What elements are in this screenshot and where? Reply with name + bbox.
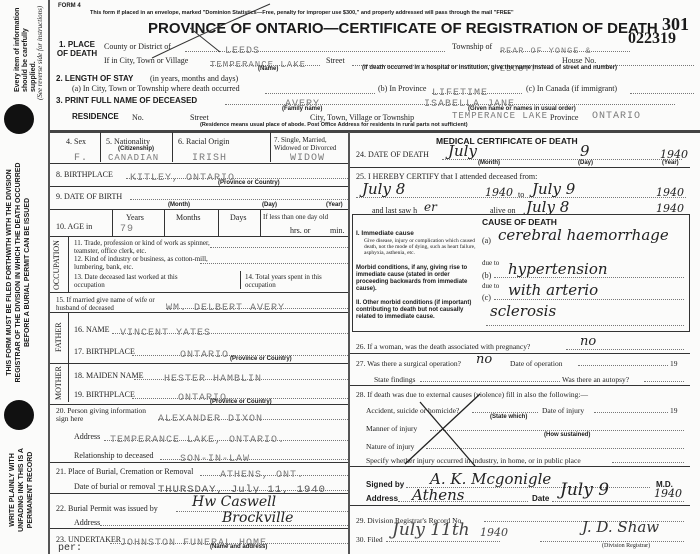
- age-years-value: 79: [120, 224, 134, 235]
- mother-side-label: MOTHER: [54, 366, 63, 400]
- immediate-cause-desc: Give disease, injury or complication whi…: [364, 238, 480, 256]
- due-to-1-label: due to: [482, 259, 499, 267]
- signed-by-label: Signed by: [366, 480, 404, 489]
- length-of-stay-label: 2. LENGTH OF STAY: [56, 74, 133, 83]
- physician-address: Athens: [412, 486, 465, 504]
- cause-b-label: (b): [482, 271, 491, 280]
- mother-birthplace-label: 19. BIRTHPLACE: [74, 390, 135, 399]
- dod-month-caption: (Month): [478, 160, 500, 166]
- cause-c-label: (c): [482, 293, 491, 302]
- burial-permit-address: Brockville: [222, 510, 293, 526]
- township-label: Township of: [452, 42, 492, 51]
- margin-see-reverse: (See reverse side for instructions): [36, 6, 44, 100]
- age-less-than-day-header: If less than one day old: [263, 213, 328, 221]
- father-birthplace-value: ONTARIO.: [180, 350, 236, 361]
- father-name-value: VINCENT YATES: [120, 328, 211, 339]
- filed-label: 30. Filed: [356, 535, 383, 544]
- burial-date-label: Date of burial or removal: [74, 482, 155, 491]
- informant-name: ALEXANDER DIXON: [158, 414, 263, 425]
- dob-label: 9. DATE OF BIRTH: [56, 192, 122, 201]
- other-conditions-label: II. Other morbid conditions (if importan…: [356, 300, 476, 321]
- injury-date-label: Date of injury: [542, 406, 584, 415]
- hospital-note: (If death occurred in a hospital or inst…: [362, 65, 617, 71]
- autopsy-label: Was there an autopsy?: [562, 375, 629, 384]
- dob-day-caption: (Day): [262, 202, 277, 208]
- age-min-label: min.: [330, 226, 344, 235]
- father-side-label: FATHER: [54, 322, 63, 352]
- cause-a-value: cerebral haemorrhage: [498, 226, 669, 244]
- pregnancy-label: 26. If a woman, was the death associated…: [356, 342, 530, 351]
- attended-to-label: to: [518, 190, 524, 199]
- length-of-stay-sub: (in years, months and days): [150, 74, 238, 83]
- operation-year-prefix: 19: [670, 359, 678, 368]
- cause-c-value: with arterio: [508, 281, 598, 299]
- filed-date: July 11th: [392, 520, 470, 540]
- age-hrs-label: hrs. or: [290, 226, 310, 235]
- residence-province-label: Province: [550, 113, 578, 122]
- birthplace-label: 8. BIRTHPLACE: [56, 170, 113, 179]
- residence-label: RESIDENCE: [72, 112, 119, 121]
- stay-canada-label: (c) In Canada (if immigrant): [526, 84, 617, 93]
- surgery-label: 27. Was there a surgical operation?: [356, 359, 461, 368]
- margin-write-plainly: WRITE PLAINLY WITH UNFADING INK THIS IS …: [8, 440, 35, 540]
- death-certificate-page: Every item of information should be care…: [0, 0, 700, 554]
- immediate-cause-label: I. Immediate cause: [356, 230, 476, 237]
- deceased-name-label: 3. PRINT FULL NAME OF DECEASED: [56, 96, 197, 105]
- mother-maiden-value: HESTER HAMBLIN: [164, 374, 262, 385]
- dob-month-caption: (Month): [168, 202, 190, 208]
- dob-year-caption: (Year): [326, 202, 343, 208]
- date-of-death-label: 24. DATE OF DEATH: [356, 150, 429, 159]
- injury-year-prefix: 19: [670, 406, 678, 415]
- date-of-death-month: July: [448, 142, 477, 160]
- last-saw-pronoun: er: [424, 200, 437, 214]
- morbid-conditions-label: Morbid conditions, if any, giving rise t…: [356, 265, 476, 293]
- pen-stroke-top: [150, 0, 380, 60]
- punch-hole-top: [4, 104, 34, 134]
- last-worked-label: 13. Date deceased last worked at this oc…: [74, 273, 194, 289]
- relationship-label: Relationship to deceased: [74, 451, 154, 460]
- age-months-header: Months: [176, 213, 200, 222]
- other-conditions-value: sclerosis: [490, 302, 556, 320]
- informant-address: TEMPERANCE LAKE, ONTARIO.: [110, 435, 285, 446]
- margin-every-item: Every item of information should be care…: [14, 2, 38, 92]
- due-to-2-label: due to: [482, 282, 499, 290]
- burial-permit-signature: Hw Caswell: [192, 494, 276, 510]
- operation-date-label: Date of operation: [510, 359, 562, 368]
- family-name-caption: (Family name): [282, 106, 322, 112]
- residence-note: (Residence means usual place of abode. P…: [200, 122, 468, 128]
- age-years-header: Years: [126, 213, 144, 222]
- how-sustained-caption: (How sustained): [544, 432, 590, 438]
- burial-permit-address-label: Address: [74, 518, 100, 527]
- pregnancy-value: no: [580, 334, 596, 349]
- nationality-sub: (Citizenship): [118, 146, 154, 152]
- surgery-value: no: [476, 352, 492, 367]
- attended-from-year: 1940: [485, 186, 513, 199]
- father-birthplace-label: 17. BIRTHPLACE: [74, 347, 135, 356]
- punch-hole-bottom: [4, 400, 34, 430]
- informant-address-label: Address: [74, 432, 100, 441]
- spouse-label: 15. If married give name of wife or husb…: [56, 296, 176, 312]
- residence-no-label: No.: [132, 113, 144, 122]
- dod-day-caption: (Day): [578, 160, 593, 166]
- cause-a-label: (a): [482, 236, 491, 245]
- attended-to-year: 1940: [656, 186, 684, 199]
- filed-year: 1940: [480, 526, 508, 539]
- physician-date-label: Date: [532, 494, 549, 503]
- registrar-caption: (Division Registrar): [602, 543, 650, 549]
- total-years-label: 14. Total years spent in this occupation: [245, 273, 345, 289]
- residence-city-value: TEMPERANCE LAKE: [452, 111, 548, 121]
- burial-permit-label: 22. Burial Permit was issued by: [56, 504, 158, 513]
- name-caption: (Name): [258, 66, 278, 72]
- attended-to-date: July 9: [532, 180, 575, 198]
- physician-address-label: Address: [366, 494, 398, 503]
- stay-province-label: (b) In Province: [378, 84, 426, 93]
- undertaker-caption: (Name and address): [210, 544, 267, 550]
- attended-from-date: July 8: [362, 180, 405, 198]
- dod-year-caption: (Year): [662, 160, 679, 166]
- house-no-label: House No.: [562, 56, 596, 65]
- stay-city-label: (a) In City, Town or Township where deat…: [72, 84, 240, 93]
- registration-number-bottom: 022319: [628, 30, 676, 48]
- father-birthplace-caption: (Province or Country): [230, 356, 292, 362]
- marital-status-label: 7. Single, Married, Widowed or Divorced: [274, 136, 348, 152]
- margin-filed-forthwith: THIS FORM MUST BE FILED FORTHWITH WITH T…: [5, 150, 32, 395]
- physician-date: July 9: [560, 480, 609, 500]
- age-days-header: Days: [230, 213, 246, 222]
- nationality-value: CANADIAN: [108, 153, 159, 163]
- cross-out-mark: [400, 392, 510, 468]
- nationality-label: 5. Nationality: [106, 137, 150, 146]
- findings-label: State findings: [374, 375, 415, 384]
- age-label: 10. AGE in: [56, 222, 92, 231]
- cause-b-value: hypertension: [508, 260, 608, 278]
- sex-label: 4. Sex: [66, 137, 86, 146]
- form-number: FORM 4: [58, 3, 81, 9]
- father-name-label: 16. NAME: [74, 325, 110, 334]
- residence-city-label: City, Town, Village or Township: [310, 113, 414, 122]
- physician-date-year: 1940: [654, 487, 682, 500]
- racial-origin-label: 6. Racial Origin: [178, 137, 229, 146]
- undertaker-per-label: per:: [58, 543, 82, 554]
- registrar-signature: J. D. Shaw: [582, 518, 659, 536]
- residence-street-label: Street: [190, 113, 209, 122]
- date-of-death-day: 9: [580, 142, 590, 160]
- residence-province-value: ONTARIO: [592, 111, 641, 122]
- burial-place-label: 21. Place of Burial, Cremation or Remova…: [56, 467, 193, 476]
- informant-label: 20. Person giving information sign here: [56, 407, 156, 423]
- occupation-side-label: OCCUPATION: [52, 240, 61, 290]
- place-of-death-label: 1. PLACE OF DEATH: [56, 40, 98, 58]
